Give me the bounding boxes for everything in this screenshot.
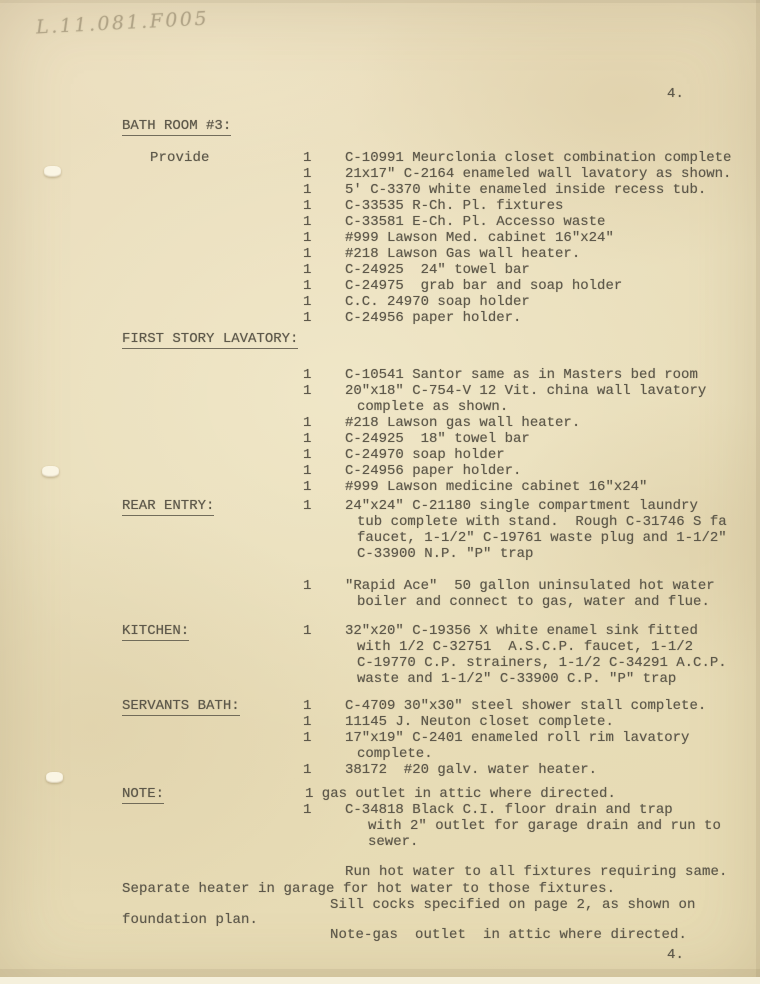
item-qty: 1 [303, 383, 311, 399]
spec-row: 117"x19" C-2401 enameled roll rim lavato… [0, 730, 760, 746]
closing-line: foundation plan. [122, 912, 258, 928]
item-desc: C-24956 paper holder. [345, 463, 521, 479]
item-qty: 1 [303, 415, 311, 431]
spec-row: 1C-4709 30"x30" steel shower stall compl… [0, 698, 760, 714]
spec-row: 1C-24956 paper holder. [0, 463, 760, 479]
section-heading: FIRST STORY LAVATORY: [122, 331, 298, 347]
item-desc: 32"x20" C-19356 X white enamel sink fitt… [345, 623, 698, 639]
item-desc-continuation: with 2" outlet for garage drain and run … [368, 818, 721, 834]
spec-row: sewer. [0, 834, 760, 850]
closing-line: Run hot water to all fixtures requiring … [345, 864, 728, 880]
section-heading: BATH ROOM #3: [122, 118, 231, 134]
item-qty: 1 [303, 578, 311, 594]
item-desc: C-24975 grab bar and soap holder [345, 278, 622, 294]
item-rows: 1C-10991 Meurclonia closet combination c… [0, 150, 760, 326]
item-rows: 1C-10541 Santor same as in Masters bed r… [0, 367, 760, 495]
item-qty: 1 [303, 714, 311, 730]
spec-row: 124"x24" C-21180 single compartment laun… [0, 498, 760, 514]
item-desc: 21x17" C-2164 enameled wall lavatory as … [345, 166, 731, 182]
spec-row: 1C-34818 Black C.I. floor drain and trap [0, 802, 760, 818]
item-desc: C-24925 24" towel bar [345, 262, 530, 278]
item-qty: 1 [303, 802, 311, 818]
item-qty: 1 [303, 182, 311, 198]
item-desc: C-24970 soap holder [345, 447, 505, 463]
spec-row: 1C-10541 Santor same as in Masters bed r… [0, 367, 760, 383]
item-qty: 1 [303, 166, 311, 182]
item-qty: 1 [303, 431, 311, 447]
page-number-top: 4. [667, 86, 684, 102]
spec-row: complete as shown. [0, 399, 760, 415]
spec-row: faucet, 1-1/2" C-19761 waste plug and 1-… [0, 530, 760, 546]
closing-line: Note-gas outlet in attic where directed. [330, 927, 687, 943]
spec-row: 1#218 Lawson gas wall heater. [0, 415, 760, 431]
item-desc: 20"x18" C-754-V 12 Vit. china wall lavat… [345, 383, 706, 399]
spec-row: 1C-24956 paper holder. [0, 310, 760, 326]
item-desc-continuation: complete. [357, 746, 433, 762]
blank-line [0, 562, 760, 578]
spec-row: 15' C-3370 white enameled inside recess … [0, 182, 760, 198]
item-qty: 1 [303, 294, 311, 310]
item-qty: 1 [303, 150, 311, 166]
spec-row: 1#999 Lawson medicine cabinet 16"x24" [0, 479, 760, 495]
section-heading-text: FIRST STORY LAVATORY: [122, 331, 298, 349]
scan-edge-top [0, 0, 760, 3]
item-desc: 17"x19" C-2401 enameled roll rim lavator… [345, 730, 689, 746]
spec-row: 138172 #20 galv. water heater. [0, 762, 760, 778]
item-desc: C.C. 24970 soap holder [345, 294, 530, 310]
item-desc-continuation: complete as shown. [357, 399, 508, 415]
item-qty: 1 [303, 278, 311, 294]
spec-row: 1C-24970 soap holder [0, 447, 760, 463]
scan-edge-bottom [0, 977, 760, 984]
spec-row: tub complete with stand. Rough C-31746 S… [0, 514, 760, 530]
item-desc-continuation: C-19770 C.P. strainers, 1-1/2 C-34291 A.… [357, 655, 727, 671]
item-desc: C-33535 R-Ch. Pl. fixtures [345, 198, 563, 214]
spec-row: boiler and connect to gas, water and flu… [0, 594, 760, 610]
item-qty: 1 [303, 698, 311, 714]
scan-edge-bottom-shadow [0, 969, 760, 977]
item-desc: C-10991 Meurclonia closet combination co… [345, 150, 731, 166]
item-desc: #218 Lawson Gas wall heater. [345, 246, 580, 262]
scanned-document-page: L.11.081.F005 4. BATH ROOM #3: Provide 1… [0, 0, 760, 984]
spec-row: waste and 1-1/2" C-33900 C.P. "P" trap [0, 671, 760, 687]
item-desc: "Rapid Ace" 50 gallon uninsulated hot wa… [345, 578, 715, 594]
spec-row: 1#999 Lawson Med. cabinet 16"x24" [0, 230, 760, 246]
item-qty: 1 [303, 246, 311, 262]
spec-row: 1C-24925 18" towel bar [0, 431, 760, 447]
section-heading-text: BATH ROOM #3: [122, 118, 231, 136]
item-desc-continuation: boiler and connect to gas, water and flu… [357, 594, 710, 610]
spec-row: C-19770 C.P. strainers, 1-1/2 C-34291 A.… [0, 655, 760, 671]
item-qty: 1 [303, 623, 311, 639]
note-line: 1 gas outlet in attic where directed. [305, 786, 616, 802]
item-qty: 1 [303, 463, 311, 479]
item-desc: C-24956 paper holder. [345, 310, 521, 326]
item-qty: 1 [303, 762, 311, 778]
item-qty: 1 [303, 730, 311, 746]
spec-row: C-33900 N.P. "P" trap [0, 546, 760, 562]
item-desc: C-24925 18" towel bar [345, 431, 530, 447]
spec-row: 1C-24975 grab bar and soap holder [0, 278, 760, 294]
item-desc: #999 Lawson Med. cabinet 16"x24" [345, 230, 614, 246]
item-desc: C-34818 Black C.I. floor drain and trap [345, 802, 673, 818]
item-rows: 1C-4709 30"x30" steel shower stall compl… [0, 698, 760, 778]
item-qty: 1 [303, 214, 311, 230]
item-desc: C-4709 30"x30" steel shower stall comple… [345, 698, 706, 714]
closing-line: Separate heater in garage for hot water … [122, 881, 615, 897]
spec-row: 1C-33581 E-Ch. Pl. Accesso waste [0, 214, 760, 230]
item-desc: C-33581 E-Ch. Pl. Accesso waste [345, 214, 605, 230]
item-rows: 1 gas outlet in attic where directed. 1C… [0, 786, 760, 850]
item-qty: 1 [303, 198, 311, 214]
closing-line: Sill cocks specified on page 2, as shown… [330, 897, 696, 913]
item-desc: #999 Lawson medicine cabinet 16"x24" [345, 479, 647, 495]
spec-row: 132"x20" C-19356 X white enamel sink fit… [0, 623, 760, 639]
spec-row: 1#218 Lawson Gas wall heater. [0, 246, 760, 262]
spec-row: 1 gas outlet in attic where directed. [0, 786, 760, 802]
item-desc-continuation: waste and 1-1/2" C-33900 C.P. "P" trap [357, 671, 676, 687]
item-desc-continuation: faucet, 1-1/2" C-19761 waste plug and 1-… [357, 530, 727, 546]
item-rows: 124"x24" C-21180 single compartment laun… [0, 498, 760, 610]
spec-row: 1C-24925 24" towel bar [0, 262, 760, 278]
item-desc: 24"x24" C-21180 single compartment laund… [345, 498, 698, 514]
item-qty: 1 [303, 310, 311, 326]
spec-row: 120"x18" C-754-V 12 Vit. china wall lava… [0, 383, 760, 399]
item-desc: 5' C-3370 white enameled inside recess t… [345, 182, 706, 198]
item-qty: 1 [303, 230, 311, 246]
spec-row: 1C-10991 Meurclonia closet combination c… [0, 150, 760, 166]
item-qty: 1 [303, 498, 311, 514]
item-rows: 132"x20" C-19356 X white enamel sink fit… [0, 623, 760, 687]
item-desc-continuation: C-33900 N.P. "P" trap [357, 546, 533, 562]
item-desc: 11145 J. Neuton closet complete. [345, 714, 614, 730]
spec-row: 111145 J. Neuton closet complete. [0, 714, 760, 730]
spec-row: complete. [0, 746, 760, 762]
item-qty: 1 [303, 262, 311, 278]
spec-row: 121x17" C-2164 enameled wall lavatory as… [0, 166, 760, 182]
spec-row: 1"Rapid Ace" 50 gallon uninsulated hot w… [0, 578, 760, 594]
item-desc-continuation: tub complete with stand. Rough C-31746 S… [357, 514, 727, 530]
item-desc: 38172 #20 galv. water heater. [345, 762, 597, 778]
spec-row: 1C.C. 24970 soap holder [0, 294, 760, 310]
item-desc: #218 Lawson gas wall heater. [345, 415, 580, 431]
item-qty: 1 [303, 479, 311, 495]
spec-row: with 2" outlet for garage drain and run … [0, 818, 760, 834]
item-qty: 1 [303, 367, 311, 383]
item-desc-continuation: sewer. [368, 834, 418, 850]
pencil-annotation: L.11.081.F005 [36, 7, 210, 38]
spec-row: 1C-33535 R-Ch. Pl. fixtures [0, 198, 760, 214]
page-number-bottom: 4. [667, 947, 684, 963]
item-desc-continuation: with 1/2 C-32751 A.S.C.P. faucet, 1-1/2 [357, 639, 693, 655]
spec-row: with 1/2 C-32751 A.S.C.P. faucet, 1-1/2 [0, 639, 760, 655]
item-qty: 1 [303, 447, 311, 463]
item-desc: C-10541 Santor same as in Masters bed ro… [345, 367, 698, 383]
